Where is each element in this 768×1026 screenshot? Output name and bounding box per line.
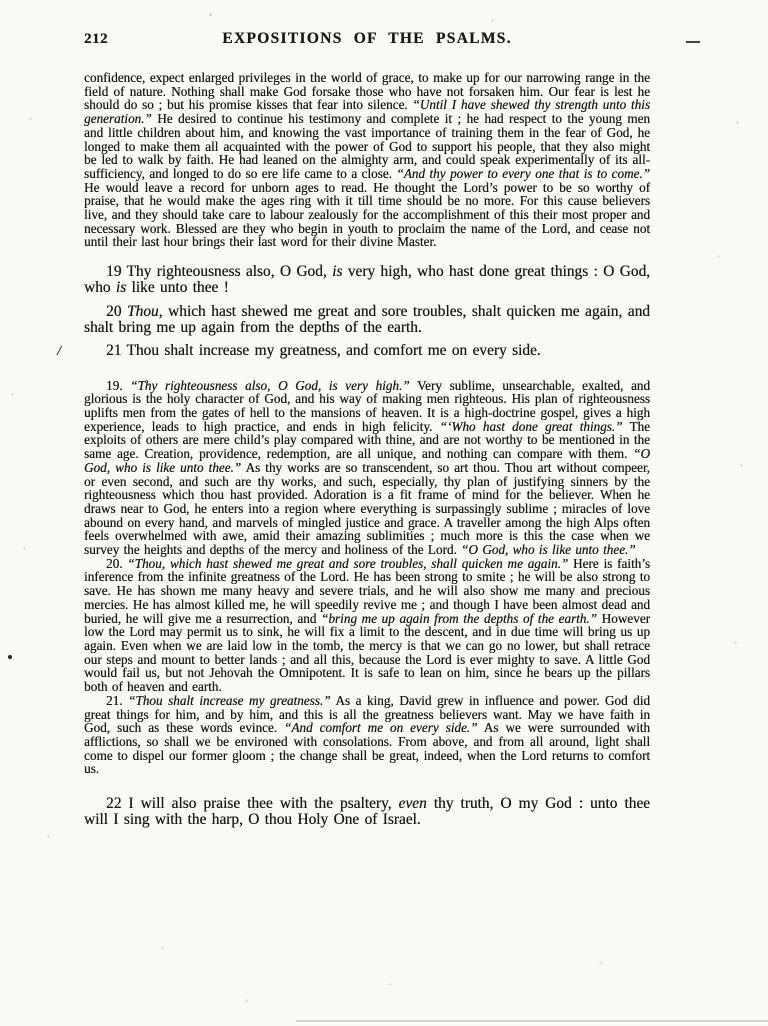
exposition-21: 21. “Thou shalt increase my greatness.” …	[84, 694, 650, 776]
scanned-book-page: 212 EXPOSITIONS OF THE PSALMS. / confide…	[0, 0, 768, 1026]
verse-20: 20 Thou, which hast shewed me great and …	[84, 304, 650, 337]
verse-19: 19 Thy righteousness also, O God, is ver…	[84, 264, 650, 297]
exposition-20: 20. “Thou, which hast shewed me great an…	[84, 557, 650, 694]
scan-noise-specks	[0, 0, 1, 1]
running-header: EXPOSITIONS OF THE PSALMS.	[84, 30, 650, 48]
exposition-19: 19. “Thy righteousness also, O God, is v…	[84, 379, 650, 557]
paragraph-exposition-continuation: confidence, expect enlarged privileges i…	[84, 71, 650, 249]
scripture-verses: 19 Thy righteousness also, O God, is ver…	[84, 264, 650, 359]
scan-artifact-dot	[8, 655, 12, 659]
scan-artifact-dash	[686, 41, 700, 43]
scan-artifact-slash-mark: /	[57, 344, 61, 360]
verse-22: 22 I will also praise thee with the psal…	[84, 796, 650, 829]
scan-edge-line	[296, 1020, 768, 1022]
page-text-block: confidence, expect enlarged privileges i…	[84, 71, 650, 829]
verse-21: 21 Thou shalt increase my greatness, and…	[84, 343, 650, 359]
exposition-notes: 19. “Thy righteousness also, O God, is v…	[84, 379, 650, 776]
